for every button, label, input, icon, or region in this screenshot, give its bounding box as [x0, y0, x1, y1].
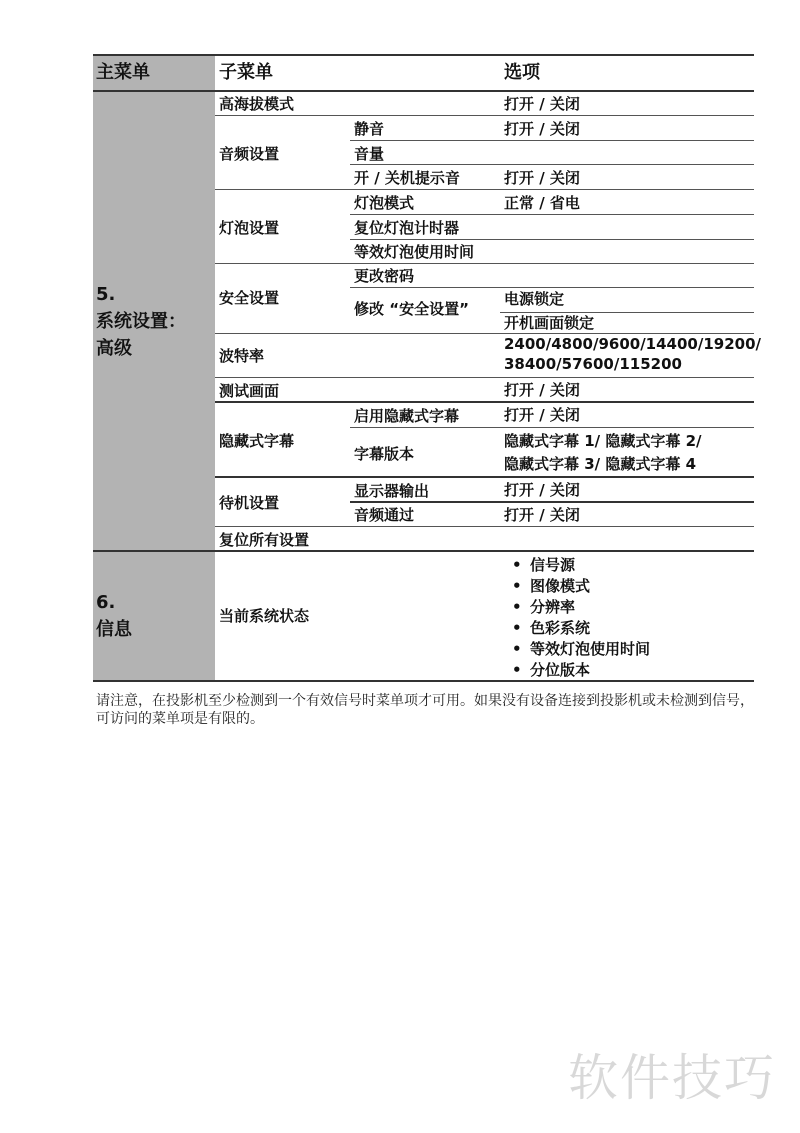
table-top-rule: [93, 54, 754, 56]
row-test-pattern: 测试画面: [219, 382, 279, 400]
availability-note: 请注意，在投影机至少检测到一个有效信号时菜单项才可用。如果没有设备连接到投影机或…: [96, 692, 756, 728]
item-lamp-mode: 灯泡模式: [354, 194, 414, 212]
rule: [215, 401, 754, 403]
rule: [215, 189, 754, 190]
rule: [215, 115, 754, 116]
section-6-main-cell: [93, 552, 215, 680]
options-power-lock: 电源锁定: [504, 290, 564, 308]
item-equivalent-lamp-hours: 等效灯泡使用时间: [354, 243, 474, 261]
row-audio-settings: 音频设置: [219, 145, 279, 163]
rule: [350, 140, 754, 141]
list-item: •信号源: [512, 555, 650, 576]
bullet-icon: •: [512, 555, 530, 576]
rule: [350, 164, 754, 165]
item-mute: 静音: [354, 120, 384, 138]
options-baud-rate-line1: 2400/4800/9600/14400/19200/: [504, 335, 761, 353]
list-item: •等效灯泡使用时间: [512, 639, 650, 660]
item-volume: 音量: [354, 145, 384, 163]
section-5-subtitle: 高级: [96, 336, 132, 362]
rule: [215, 333, 754, 334]
document-page: 主菜单 子菜单 选项 5. 系统设置： 高级 高海拔模式 打开 / 关闭 音频设…: [0, 0, 800, 1133]
item-change-password: 更改密码: [354, 267, 414, 285]
rule: [350, 287, 754, 288]
list-item: •图像模式: [512, 576, 650, 597]
options-baud-rate-line2: 38400/57600/115200: [504, 355, 682, 373]
section-5-title: 系统设置：: [96, 309, 186, 335]
row-standby-settings: 待机设置: [219, 494, 279, 512]
header-bottom-rule: [93, 90, 754, 92]
header-options: 选项: [504, 62, 540, 84]
options-monitor-out: 打开 / 关闭: [504, 481, 580, 499]
item-reset-lamp-timer: 复位灯泡计时器: [354, 219, 459, 237]
row-baud-rate: 波特率: [219, 347, 264, 365]
options-splash-screen-lock: 开机画面锁定: [504, 314, 594, 332]
bullet-icon: •: [512, 618, 530, 639]
header-sub: 子菜单: [219, 62, 273, 84]
row-lamp-settings: 灯泡设置: [219, 219, 279, 237]
row-current-system-status: 当前系统状态: [219, 607, 309, 625]
options-audio-pass-through: 打开 / 关闭: [504, 506, 580, 524]
section-6-title: 信息: [96, 617, 132, 643]
bullet-icon: •: [512, 597, 530, 618]
rule: [350, 214, 754, 215]
options-power-tone: 打开 / 关闭: [504, 169, 580, 187]
section-divider-rule: [93, 550, 754, 552]
list-item: •色彩系统: [512, 618, 650, 639]
list-item: •分位版本: [512, 660, 650, 681]
bullet-icon: •: [512, 639, 530, 660]
header-main: 主菜单: [96, 62, 150, 84]
item-change-security-settings: 修改 “安全设置”: [354, 300, 469, 318]
rule: [350, 501, 754, 503]
row-high-altitude: 高海拔模式: [219, 95, 294, 113]
options-lamp-mode: 正常 / 省电: [504, 194, 580, 212]
item-audio-pass-through: 音频通过: [354, 506, 414, 524]
section-5-number: 5.: [96, 282, 115, 308]
rule: [350, 427, 754, 428]
rule: [500, 312, 754, 313]
options-high-altitude: 打开 / 关闭: [504, 95, 580, 113]
item-caption-version: 字幕版本: [354, 445, 414, 463]
item-enable-closed-caption: 启用隐藏式字幕: [354, 407, 459, 425]
options-enable-closed-caption: 打开 / 关闭: [504, 406, 580, 424]
system-status-list: •信号源 •图像模式 •分辨率 •色彩系统 •等效灯泡使用时间 •分位版本: [512, 555, 650, 681]
row-closed-caption: 隐藏式字幕: [219, 432, 294, 450]
rule: [215, 377, 754, 378]
item-power-tone: 开 / 关机提示音: [354, 169, 460, 187]
bullet-icon: •: [512, 660, 530, 681]
options-mute: 打开 / 关闭: [504, 120, 580, 138]
section-6-number: 6.: [96, 590, 115, 616]
rule: [215, 526, 754, 527]
item-monitor-out: 显示器输出: [354, 482, 429, 500]
row-reset-all-settings: 复位所有设置: [219, 531, 309, 549]
table-bottom-rule: [93, 680, 754, 682]
list-item: •分辨率: [512, 597, 650, 618]
row-security-settings: 安全设置: [219, 289, 279, 307]
bullet-icon: •: [512, 576, 530, 597]
options-caption-version-line2: 隐藏式字幕 3/ 隐藏式字幕 4: [504, 455, 696, 473]
rule: [215, 263, 754, 264]
rule: [350, 239, 754, 240]
rule: [215, 476, 754, 478]
options-test-pattern: 打开 / 关闭: [504, 381, 580, 399]
watermark: 软件技巧: [568, 1038, 776, 1110]
options-caption-version-line1: 隐藏式字幕 1/ 隐藏式字幕 2/: [504, 432, 702, 450]
